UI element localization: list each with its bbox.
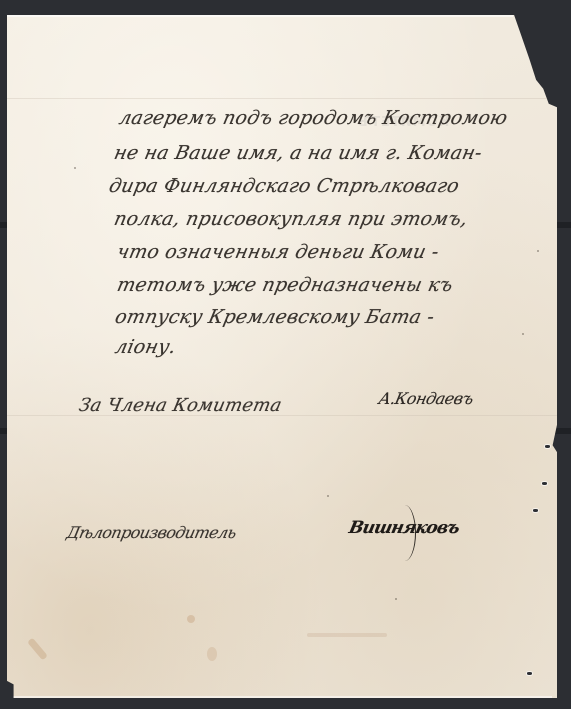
committee-member-signature: А.Кондаевъ: [377, 389, 475, 408]
paper-speck: [74, 167, 76, 169]
paper-stain: [307, 633, 387, 637]
paper-puncture: [533, 509, 538, 512]
body-text-line: тетомъ уже предназначены къ: [115, 274, 455, 296]
body-text-line: не на Ваше имя, а на имя г. Коман-: [112, 142, 484, 164]
paper-puncture: [542, 482, 547, 485]
paper-stain: [207, 647, 217, 661]
body-text-line: отпуску Кремлевскому Бата -: [113, 306, 436, 328]
signature-flourish: [399, 505, 416, 561]
body-text-line: ліону.: [113, 336, 178, 358]
body-text-line: лагеремъ подъ городомъ Костромою: [117, 107, 510, 129]
body-text-line: полка, присовокупляя при этомъ,: [112, 208, 470, 230]
paper-stain: [27, 638, 48, 661]
document-page: КОМИТЕТЪ 6 лагеремъ подъ городомъ Костро…: [7, 15, 557, 698]
paper-puncture: [545, 445, 550, 448]
paper-speck: [395, 598, 397, 600]
paper-speck: [327, 495, 329, 497]
body-text-line: дира Финляндскаго Стрѣлковаго: [107, 175, 461, 197]
paper-bottom-edge: [13, 696, 552, 698]
committee-member-label: За Члена Комитета: [77, 395, 284, 416]
paper-puncture: [527, 672, 532, 675]
page-number-mark: 6: [536, 75, 550, 84]
clerk-label: Дѣлопроизводитель: [65, 523, 238, 542]
body-text-line: что означенныя деньги Коми -: [115, 241, 441, 263]
paper-stain: [187, 615, 195, 623]
paper-speck: [537, 250, 539, 252]
paper-speck: [522, 333, 524, 335]
paper-top-edge: [7, 15, 513, 17]
fold-line: [7, 98, 557, 99]
